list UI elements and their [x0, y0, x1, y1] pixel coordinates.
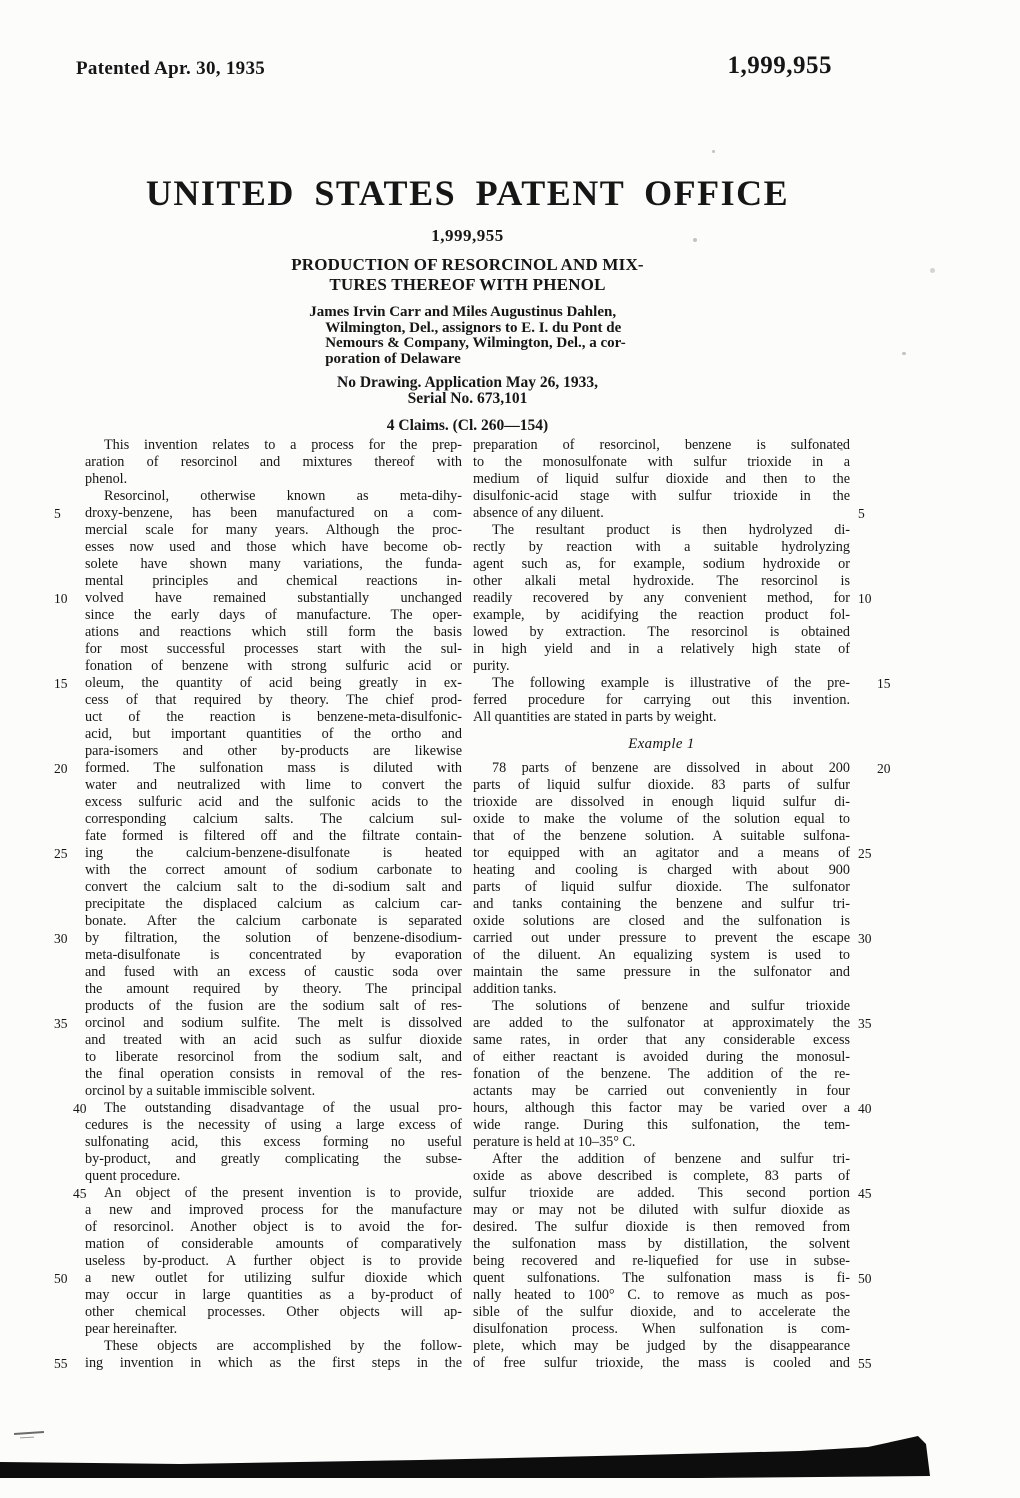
text-line: oxide solutions are closed and the sulfo…: [473, 913, 850, 930]
text-line: This invention relates to a process for …: [85, 437, 462, 454]
text-line: and treated with an acid such as sulfur …: [85, 1032, 462, 1049]
patented-dateline: Patented Apr. 30, 1935: [76, 58, 265, 80]
text-line: and fused with an excess of caustic soda…: [85, 964, 462, 981]
text-line: the sulfonation mass by distillation, th…: [473, 1236, 850, 1253]
line-number: 45: [54, 1185, 78, 1202]
text-line: tor equipped with an agitator and a mean…: [473, 845, 850, 862]
line-number: 50: [54, 1270, 78, 1287]
text-line: phenol.: [85, 471, 462, 488]
text-line: a new outlet for utilizing sulfur dioxid…: [85, 1270, 462, 1287]
text-line: the final operation consists in removal …: [85, 1066, 462, 1083]
masthead: 1,999,955 PRODUCTION OF RESORCINOL AND M…: [85, 226, 850, 435]
text-line: ations and reactions which still form th…: [85, 624, 462, 641]
text-line: 78 parts of benzene are dissolved in abo…: [473, 760, 850, 777]
text-line: other chemical processes. Other objects …: [85, 1304, 462, 1321]
byline-line: Nemours & Company, Wilmington, Del., a c…: [309, 336, 626, 352]
claims-line: 4 Claims. (Cl. 260—154): [85, 417, 850, 435]
right-column: preparation of resorcinol, benzene is su…: [473, 437, 850, 1372]
text-line: parts of liquid sulfur dioxide. 83 parts…: [473, 777, 850, 794]
text-line: trioxide are dissolved in enough liquid …: [473, 794, 850, 811]
text-line: droxy-benzene, has been manufactured on …: [85, 505, 462, 522]
text-line: sulfonating acid, this excess forming no…: [85, 1134, 462, 1151]
text-line: acid, but important quantities of the or…: [85, 726, 462, 743]
text-line: are added to the sulfonator at approxima…: [473, 1015, 850, 1032]
text-line: of resorcinol. Another object is to avoi…: [85, 1219, 462, 1236]
text-line: quent procedure.: [85, 1168, 462, 1185]
text-line: ing invention in which as the first step…: [85, 1355, 462, 1372]
text-line: for most successful processes start with…: [85, 641, 462, 658]
text-line: esses now used and those which have beco…: [85, 539, 462, 556]
text-line: excess sulfuric acid and the sulfonic ac…: [85, 794, 462, 811]
text-line: oxide as above described is complete, 83…: [473, 1168, 850, 1185]
scan-speck: [840, 448, 843, 451]
line-number: 20: [858, 760, 888, 777]
line-number: 35: [858, 1015, 888, 1032]
line-number: 55: [54, 1355, 78, 1372]
text-line: corresponding calcium salts. The calcium…: [85, 811, 462, 828]
text-line: quent sulfonations. The sulfonation mass…: [473, 1270, 850, 1287]
text-line: by filtration, the solution of benzene-d…: [85, 930, 462, 947]
line-number: 25: [858, 845, 888, 862]
byline-block: James Irvin Carr and Miles Augustinus Da…: [85, 295, 850, 368]
text-line: hours, although this factor may be varie…: [473, 1100, 850, 1117]
line-number: 35: [54, 1015, 78, 1032]
byline-line: James Irvin Carr and Miles Augustinus Da…: [309, 305, 626, 321]
text-line: pear hereinafter.: [85, 1321, 462, 1338]
line-number: 25: [54, 845, 78, 862]
text-line: solete have shown many variations, the f…: [85, 556, 462, 573]
text-line: The solutions of benzene and sulfur trio…: [473, 998, 850, 1015]
text-line: and tanks containing the benzene and sul…: [473, 896, 850, 913]
text-line: addition tanks.: [473, 981, 850, 998]
text-line: orcinol and sodium sulfite. The melt is …: [85, 1015, 462, 1032]
text-line: After the addition of benzene and sulfur…: [473, 1151, 850, 1168]
text-line: fate formed is filtered off and the filt…: [85, 828, 462, 845]
scan-speck: [693, 238, 697, 242]
line-number: 30: [858, 930, 888, 947]
text-line: parts of liquid sulfur dioxide. The sulf…: [473, 879, 850, 896]
text-line: to the monosulfonate with sulfur trioxid…: [473, 454, 850, 471]
line-number: 10: [858, 590, 888, 607]
line-number: 40: [858, 1100, 888, 1117]
patent-page: { "page": { "dateline": "Patented Apr. 3…: [0, 0, 1020, 1498]
text-line: mation of considerable amounts of compar…: [85, 1236, 462, 1253]
text-line: disulfonation process. When sulfonation …: [473, 1321, 850, 1338]
text-line: fonation of the benzene. The addition of…: [473, 1066, 850, 1083]
text-line: nally heated to 100° C. to remove as muc…: [473, 1287, 850, 1304]
text-line: The following example is illustrative of…: [473, 675, 850, 692]
text-line: with the correct amount of sodium carbon…: [85, 862, 462, 879]
scan-speck: [712, 150, 715, 153]
example-heading: Example 1: [473, 726, 850, 760]
text-line: ferred procedure for carrying out this i…: [473, 692, 850, 709]
text-line: maintain the same pressure in the sulfon…: [473, 964, 850, 981]
text-line: The outstanding disadvantage of the usua…: [85, 1100, 462, 1117]
text-line: heating and cooling is charged with abou…: [473, 862, 850, 879]
text-line: meta-disulfonate is concentrated by evap…: [85, 947, 462, 964]
text-line: water and neutralized with lime to conve…: [85, 777, 462, 794]
text-line: other alkali metal hydroxide. The resorc…: [473, 573, 850, 590]
text-line: to liberate resorcinol from the sodium s…: [85, 1049, 462, 1066]
text-line: absence of any diluent.5: [473, 505, 850, 522]
text-line: precipitate the displaced calcium as cal…: [85, 896, 462, 913]
line-number: 5: [858, 505, 888, 522]
text-line: ing the calcium-benzene-disulfonate is h…: [85, 845, 462, 862]
text-line: may occur in large quantities as a by-pr…: [85, 1287, 462, 1304]
application-line-1: No Drawing. Application May 26, 1933,: [85, 375, 850, 392]
text-line: aration of resorcinol and mixtures there…: [85, 454, 462, 471]
text-line: desired. The sulfur dioxide is then remo…: [473, 1219, 850, 1236]
line-number: 20: [54, 760, 78, 777]
byline-line: Wilmington, Del., assignors to E. I. du …: [309, 321, 626, 337]
patent-number-heading: 1,999,955: [85, 226, 850, 246]
text-line: of either reactant is avoided during the…: [473, 1049, 850, 1066]
text-line: of the diluent. An equalizing system is …: [473, 947, 850, 964]
text-line: orcinol by a suitable immiscible solvent…: [85, 1083, 462, 1100]
line-number: 55: [858, 1355, 888, 1372]
text-line: the amount required by theory. The princ…: [85, 981, 462, 998]
scan-speck: [930, 268, 935, 273]
text-line: perature is held at 10–35° C.: [473, 1134, 850, 1151]
text-line: bonate. After the calcium carbonate is s…: [85, 913, 462, 930]
text-line: being recovered and re-liquefied for use…: [473, 1253, 850, 1270]
text-line: medium of liquid sulfur dioxide and then…: [473, 471, 850, 488]
text-line: carried out under pressure to prevent th…: [473, 930, 850, 947]
text-line: cedures is the necessity of using a larg…: [85, 1117, 462, 1134]
application-info: No Drawing. Application May 26, 1933, Se…: [85, 375, 850, 408]
line-number: 5: [54, 505, 78, 522]
text-line: convert the calcium salt to the di-sodiu…: [85, 879, 462, 896]
text-line: cess of that required by theory. The chi…: [85, 692, 462, 709]
invention-title-line-2: TURES THEREOF WITH PHENOL: [85, 275, 850, 295]
text-line: same rates, in order that any considerab…: [473, 1032, 850, 1049]
scan-artifact-band: [0, 1428, 1020, 1498]
text-line: example, by acidifying the reaction prod…: [473, 607, 850, 624]
line-number: 15: [54, 675, 78, 692]
text-line: sulfur trioxide are added. This second p…: [473, 1185, 850, 1202]
text-line: readily recovered by any convenient meth…: [473, 590, 850, 607]
text-line: These objects are accomplished by the fo…: [85, 1338, 462, 1355]
text-line: useless by-product. A further object is …: [85, 1253, 462, 1270]
text-line: products of the fusion are the sodium sa…: [85, 998, 462, 1015]
scan-speck: [902, 352, 906, 355]
text-line: plete, which may be judged by the disapp…: [473, 1338, 850, 1355]
patent-body-columns: This invention relates to a process for …: [85, 437, 850, 1372]
text-line: fonation of benzene with strong sulfuric…: [85, 658, 462, 675]
invention-title: PRODUCTION OF RESORCINOL AND MIX- TURES …: [85, 255, 850, 295]
text-line: wide range. During this sulfonation, the…: [473, 1117, 850, 1134]
text-line: formed. The sulfonation mass is diluted …: [85, 760, 462, 777]
text-line: sible of the sulfur dioxide, and to acce…: [473, 1304, 850, 1321]
text-line: para-isomers and other by-products are l…: [85, 743, 462, 760]
line-number: 40: [54, 1100, 78, 1117]
text-line: since the early days of manufacture. The…: [85, 607, 462, 624]
invention-title-line-1: PRODUCTION OF RESORCINOL AND MIX-: [85, 255, 850, 275]
text-line: may or may not be diluted with sulfur di…: [473, 1202, 850, 1219]
text-line: mercial scale for many years. Although t…: [85, 522, 462, 539]
line-number: 15: [858, 675, 888, 692]
text-line: purity.: [473, 658, 850, 675]
text-line: of free sulfur trioxide, the mass is coo…: [473, 1355, 850, 1372]
text-line: disulfonic-acid stage with sulfur trioxi…: [473, 488, 850, 505]
line-number: 10: [54, 590, 78, 607]
text-line: oxide to make the volume of the solution…: [473, 811, 850, 828]
text-line: a new and improved process for the manuf…: [85, 1202, 462, 1219]
text-line: in high yield and in a relatively high s…: [473, 641, 850, 658]
text-line: rectly by reaction with a suitable hydro…: [473, 539, 850, 556]
text-line: oleum, the quantity of acid being greatl…: [85, 675, 462, 692]
text-line: All quantities are stated in parts by we…: [473, 709, 850, 726]
text-line: actants may be carried out conveniently …: [473, 1083, 850, 1100]
left-column: This invention relates to a process for …: [85, 437, 462, 1372]
text-line: An object of the present invention is to…: [85, 1185, 462, 1202]
application-line-2: Serial No. 673,101: [85, 391, 850, 408]
text-line: mental principles and chemical reactions…: [85, 573, 462, 590]
text-line: preparation of resorcinol, benzene is su…: [473, 437, 850, 454]
text-line: lowed by extraction. The resorcinol is o…: [473, 624, 850, 641]
line-number: 45: [858, 1185, 888, 1202]
text-line: The resultant product is then hydrolyzed…: [473, 522, 850, 539]
text-line: Resorcinol, otherwise known as meta-dihy…: [85, 488, 462, 505]
text-line: that of the benzene solution. A suitable…: [473, 828, 850, 845]
text-line: by-product, and greatly complicating the…: [85, 1151, 462, 1168]
patent-number-top-right: 1,999,955: [728, 52, 833, 80]
line-number: 50: [858, 1270, 888, 1287]
text-line: agent such as, for example, sodium hydro…: [473, 556, 850, 573]
line-number: 30: [54, 930, 78, 947]
byline-line: poration of Delaware: [309, 352, 626, 368]
text-line: uct of the reaction is benzene-meta-disu…: [85, 709, 462, 726]
patent-office-title: UNITED STATES PATENT OFFICE: [85, 172, 850, 214]
text-line: volved have remained substantially uncha…: [85, 590, 462, 607]
